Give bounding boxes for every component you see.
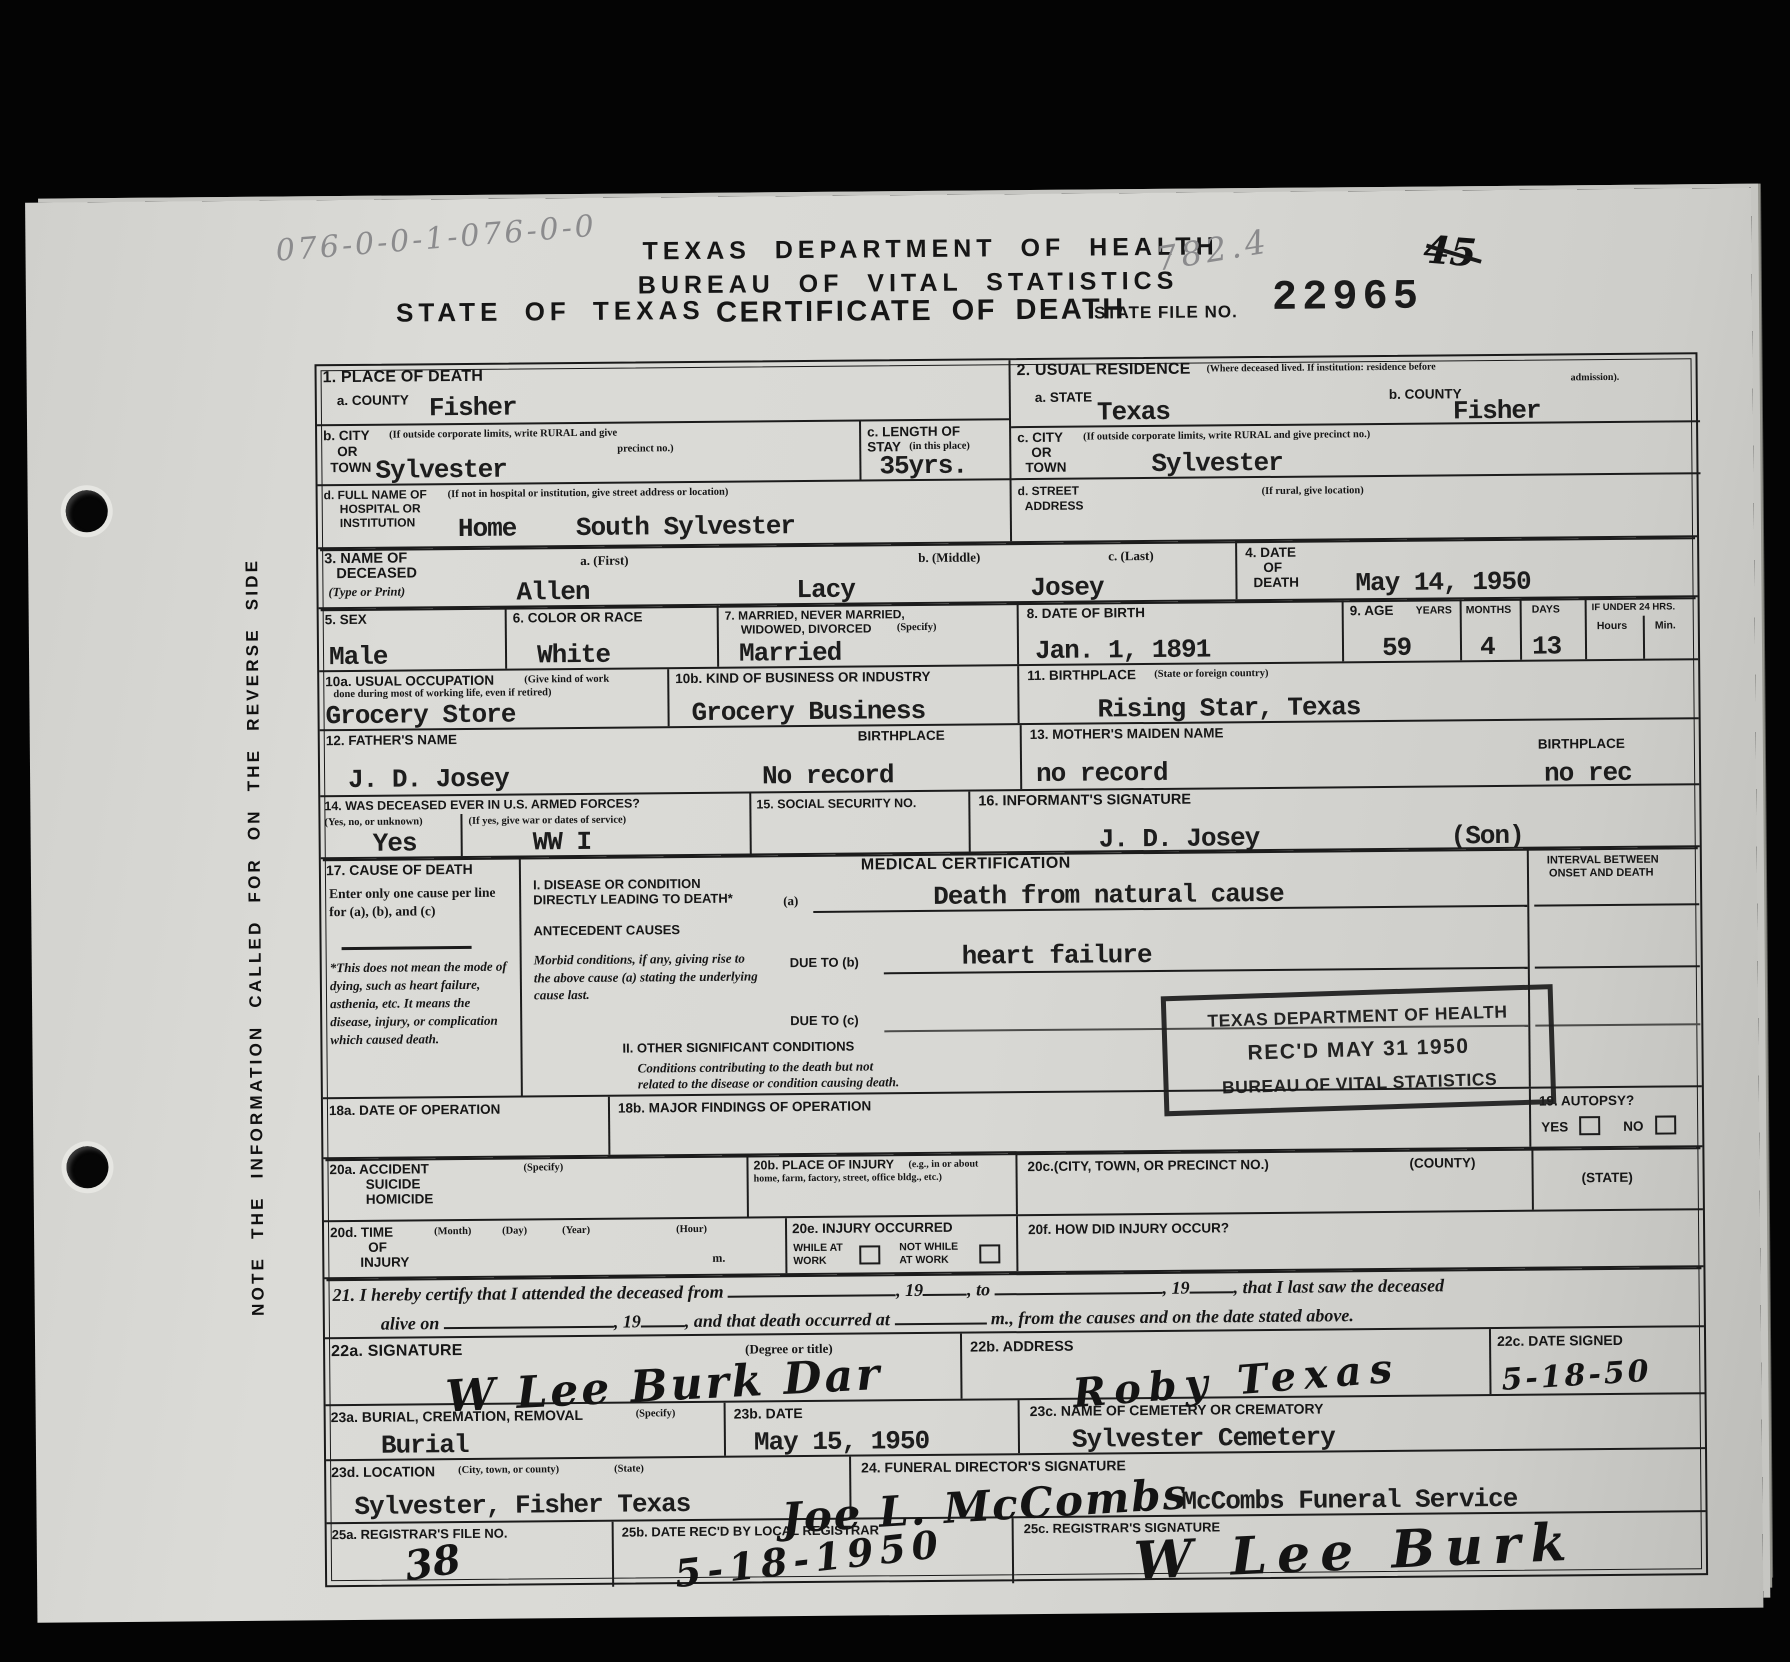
certify-blank4[interactable] xyxy=(1189,1274,1233,1293)
field-9-days-label: DAYS xyxy=(1532,603,1560,615)
field-12-bp-value: No record xyxy=(762,760,894,791)
field-3b-label: b. (Middle) xyxy=(918,549,980,566)
field-24-label: 24. FUNERAL DIRECTOR'S SIGNATURE xyxy=(861,1457,1126,1475)
field-7-label1: 7. MARRIED, NEVER MARRIED, xyxy=(725,607,905,623)
field-9-age-days: DAYS 13 xyxy=(1522,598,1588,660)
field-8-value: Jan. 1, 1891 xyxy=(1035,634,1210,666)
field-20d-label1: 20d. TIME xyxy=(330,1225,393,1241)
field-11-paren: (State or foreign country) xyxy=(1154,668,1268,680)
field-3c-value: Josey xyxy=(1030,572,1103,603)
field-11-label: 11. BIRTHPLACE xyxy=(1027,667,1136,683)
interval-rule-b xyxy=(1535,965,1700,968)
field-6-race: 6. COLOR OR RACE White xyxy=(507,606,720,669)
stamp-line3: BUREAU OF VITAL STATISTICS xyxy=(1222,1069,1498,1099)
field-18a-label: 18a. DATE OF OPERATION xyxy=(329,1102,500,1118)
field-1a-label: a. COUNTY xyxy=(337,392,409,408)
field-20b-place-of-injury: 20b. PLACE OF INJURY (e.g., in or about … xyxy=(748,1153,1018,1216)
field-3a-value: Allen xyxy=(516,577,589,608)
field-1c-value: 35yrs. xyxy=(879,451,967,482)
field-6-value: White xyxy=(537,640,610,671)
field-9-years-value: 59 xyxy=(1382,633,1411,663)
field-2d-street: d. STREET ADDRESS (If rural, give locati… xyxy=(1012,474,1702,541)
field-18b-label: 18b. MAJOR FINDINGS OF OPERATION xyxy=(618,1098,871,1115)
field-20c-label: 20c.(CITY, TOWN, OR PRECINCT NO.) xyxy=(1027,1157,1268,1174)
not-while-at-work-checkbox[interactable] xyxy=(979,1244,1000,1263)
field-16-label: 16. INFORMANT'S SIGNATURE xyxy=(978,792,1191,810)
field-22a-signature: 22a. SIGNATURE (Degree or title) W Lee B… xyxy=(325,1334,963,1405)
field-23d-state: (State) xyxy=(614,1463,644,1474)
certify-line1-text3: , to xyxy=(967,1279,990,1299)
field-2c-label-town: TOWN xyxy=(1025,460,1066,475)
field-2b-label: b. COUNTY xyxy=(1389,386,1462,402)
certificate-paper: NOTE THE INFORMATION CALLED FOR ON THE R… xyxy=(25,188,1763,1623)
stamp-line2: REC'D MAY 31 1950 xyxy=(1247,1035,1470,1066)
field-20d-m: m. xyxy=(712,1251,725,1266)
field-20e-while1: WHILE AT xyxy=(793,1242,843,1254)
field-10a-value: Grocery Store xyxy=(325,700,515,732)
certify-line2-text1: alive on xyxy=(381,1313,440,1334)
field-20d-day: (Day) xyxy=(502,1225,527,1236)
interval-label2: ONSET AND DEATH xyxy=(1549,867,1654,880)
field-23d-value: Sylvester, Fisher Texas xyxy=(354,1489,690,1522)
field-8-label: 8. DATE OF BIRTH xyxy=(1027,605,1145,621)
field-4-value: May 14, 1950 xyxy=(1355,567,1530,599)
interval-rule-a xyxy=(1534,903,1699,906)
field-3-title3: (Type or Print) xyxy=(328,584,405,600)
field-1bc: b. CITY OR TOWN (If outside corporate li… xyxy=(317,420,1009,486)
field-15-label: 15. SOCIAL SECURITY NO. xyxy=(756,796,916,811)
field-1b-paren: (If outside corporate limits, write RURA… xyxy=(389,428,617,441)
field-17-i-label2: DIRECTLY LEADING TO DEATH* xyxy=(533,891,733,908)
field-13-mother: 13. MOTHER'S MAIDEN NAME no record BIRTH… xyxy=(1022,719,1704,789)
field-1d-label1: d. FULL NAME OF xyxy=(324,487,427,502)
while-at-work-checkbox[interactable] xyxy=(859,1245,880,1264)
field-1c-label1: c. LENGTH OF xyxy=(867,424,960,440)
field-20c-county-label: (COUNTY) xyxy=(1409,1155,1475,1171)
field-9-age-months: MONTHS 4 xyxy=(1462,599,1523,661)
field-7-marital: 7. MARRIED, NEVER MARRIED, WIDOWED, DIVO… xyxy=(719,603,1020,667)
field-23b-value: May 15, 1950 xyxy=(754,1426,929,1458)
field-22b-label: 22b. ADDRESS xyxy=(970,1339,1074,1356)
field-13-bp-value: no rec xyxy=(1544,758,1632,789)
row-physician-signature: 22a. SIGNATURE (Degree or title) W Lee B… xyxy=(325,1327,1705,1406)
field-20d-month: (Month) xyxy=(434,1226,471,1237)
field-25a-label: 25a. REGISTRAR'S FILE NO. xyxy=(332,1526,508,1543)
field-9-years-label: YEARS xyxy=(1416,604,1452,616)
row-location-director: 23d. LOCATION (City, town, or county) (S… xyxy=(326,1449,1705,1524)
certificate-title: CERTIFICATE OF DEATH xyxy=(716,293,1126,330)
field-22c-date-signed: 22c. DATE SIGNED 5-18-50 xyxy=(1491,1327,1709,1394)
field-20a-paren: (Specify) xyxy=(523,1162,563,1173)
field-17-interval-col: INTERVAL BETWEEN ONSET AND DEATH xyxy=(1529,847,1706,1087)
field-4-label2: OF xyxy=(1263,560,1282,575)
field-20f-how: 20f. HOW DID INJURY OCCUR? xyxy=(1018,1210,1707,1271)
field-20a-label3: HOMICIDE xyxy=(366,1191,434,1207)
field-22a-label: 22a. SIGNATURE xyxy=(331,1342,463,1361)
field-20e-notwhile1: NOT WHILE xyxy=(899,1241,958,1254)
certify-blank2[interactable] xyxy=(923,1277,967,1296)
certify-line1-text2: , 19 xyxy=(896,1280,923,1300)
field-7-paren: (Specify) xyxy=(897,622,937,633)
certify-blank7[interactable] xyxy=(894,1305,986,1325)
certify-line2-text2: , 19 xyxy=(614,1311,641,1331)
field-1d-paren: (If not in hospital or institution, give… xyxy=(448,487,729,500)
field-2c-city: c. CITY OR TOWN (If outside corporate li… xyxy=(1011,422,1700,480)
dept-line1: TEXAS DEPARTMENT OF HEALTH xyxy=(642,232,1218,266)
field-10b-value: Grocery Business xyxy=(691,696,925,728)
field-17-ii-label: II. OTHER SIGNIFICANT CONDITIONS xyxy=(622,1039,854,1056)
field-20c-city-county-state: 20c.(CITY, TOWN, OR PRECINCT NO.) (COUNT… xyxy=(1017,1147,1707,1214)
field-2a-value: Texas xyxy=(1097,397,1170,428)
field-17-antecedent-label: ANTECEDENT CAUSES xyxy=(533,922,680,938)
date-signed-value: 5-18-50 xyxy=(1500,1354,1652,1398)
field-20d-label2: OF xyxy=(368,1240,387,1255)
field-1d-label3: INSTITUTION xyxy=(340,515,415,530)
field-7-value: Married xyxy=(739,638,841,669)
field-8-dob: 8. DATE OF BIRTH Jan. 1, 1891 xyxy=(1019,600,1345,664)
field-14-divider xyxy=(460,814,462,856)
field-2-title-paren1: (Where deceased lived. If institution: r… xyxy=(1207,361,1436,374)
field-14-paren1: (Yes, no, or unknown) xyxy=(324,816,422,828)
field-25c-registrar-signature: 25c. REGISTRAR'S SIGNATURE W Lee Burk xyxy=(1014,1512,1711,1583)
field-22c-label: 22c. DATE SIGNED xyxy=(1497,1332,1623,1349)
field-22b-address: 22b. ADDRESS Roby Texas xyxy=(962,1329,1492,1399)
field-20a-label1: 20a. ACCIDENT xyxy=(329,1161,428,1177)
received-stamp: TEXAS DEPARTMENT OF HEALTH REC'D MAY 31 … xyxy=(1161,984,1557,1116)
row-sex-age: 5. SEX Male 6. COLOR OR RACE White 7. MA… xyxy=(319,597,1698,672)
field-2-usual-residence: 2. USUAL RESIDENCE (Where deceased lived… xyxy=(1010,354,1701,541)
field-12-father: 12. FATHER'S NAME BIRTHPLACE J. D. Josey… xyxy=(320,725,1023,795)
field-2d-label1: d. STREET xyxy=(1018,484,1079,499)
field-3a-label: a. (First) xyxy=(580,553,629,569)
field-2c-label-or: OR xyxy=(1031,445,1051,460)
field-2b-value: Fisher xyxy=(1453,396,1541,427)
field-1b-label-town: TOWN xyxy=(330,460,371,475)
field-12-value: J. D. Josey xyxy=(348,764,509,795)
field-16-informant: 16. INFORMANT'S SIGNATURE J. D. Josey (S… xyxy=(970,785,1703,851)
field-1d-label2: HOSPITAL OR xyxy=(340,501,421,516)
field-13-value: no record xyxy=(1036,758,1168,789)
field-23b-label: 23b. DATE xyxy=(734,1405,803,1422)
field-1b-paren2: precinct no.) xyxy=(617,443,673,454)
field-10a-label: 10a. USUAL OCCUPATION xyxy=(325,673,494,689)
field-1b-value: Sylvester xyxy=(375,455,507,486)
stamp-line1: TEXAS DEPARTMENT OF HEALTH xyxy=(1207,1002,1508,1032)
field-14-armed-forces: 14. WAS DECEASED EVER IN U.S. ARMED FORC… xyxy=(320,793,752,857)
field-2d-paren: (If rural, give location) xyxy=(1262,485,1364,497)
field-1-place-of-death: 1. PLACE OF DEATH a. COUNTY Fisher b. CI… xyxy=(317,360,1013,547)
field-19-no-label: NO xyxy=(1623,1119,1643,1134)
field-11-birthplace: 11. BIRTHPLACE (State or foreign country… xyxy=(1019,660,1702,723)
field-1d-value1: Home xyxy=(458,514,517,545)
field-20d-year: (Year) xyxy=(562,1225,590,1236)
field-1b-city: b. CITY OR TOWN (If outside corporate li… xyxy=(317,422,861,485)
punch-hole-top xyxy=(66,490,108,532)
certify-blank3[interactable] xyxy=(994,1275,1162,1295)
field-9-months-label: MONTHS xyxy=(1466,604,1512,616)
field-9-label: 9. AGE xyxy=(1350,603,1394,618)
registrar-file-no-value: 38 xyxy=(402,1535,464,1590)
certificate-form: 1. PLACE OF DEATH a. COUNTY Fisher b. CI… xyxy=(314,352,1708,1587)
field-17-note2: *This does not mean the mode of dying, s… xyxy=(330,958,515,1049)
reverse-side-note: NOTE THE INFORMATION CALLED FOR ON THE R… xyxy=(242,558,269,1316)
field-17-note1: Enter only one cause per line for (a), (… xyxy=(329,884,511,921)
field-18a-date-of-operation: 18a. DATE OF OPERATION xyxy=(323,1097,610,1158)
row-injury-place: 20a. ACCIDENT SUICIDE HOMICIDE (Specify)… xyxy=(323,1147,1702,1222)
certify-line1-text1: 21. I hereby certify that I attended the… xyxy=(333,1282,724,1305)
field-2a-label: a. STATE xyxy=(1035,389,1092,404)
field-23d-label: 23d. LOCATION xyxy=(331,1463,435,1480)
field-16-value: J. D. Josey xyxy=(1099,823,1260,854)
field-1c-length-of-stay: c. LENGTH OF STAY (in this place) 35yrs. xyxy=(861,420,1010,479)
field-9-under-24: IF UNDER 24 HRS. Hours Min. xyxy=(1587,597,1703,659)
field-17-a-value: Death from natural cause xyxy=(933,879,1284,912)
certify-blank6[interactable] xyxy=(641,1308,685,1327)
field-5-sex: 5. SEX Male xyxy=(319,608,508,671)
state-file-no-label: STATE FILE NO. xyxy=(1094,302,1238,323)
field-21-certify: 21. I hereby certify that I attended the… xyxy=(324,1267,1707,1337)
field-25a-file-no: 25a. REGISTRAR'S FILE NO. 38 xyxy=(327,1522,615,1590)
field-3b-value: Lacy xyxy=(796,575,855,606)
field-17-b-tag: DUE TO (b) xyxy=(790,955,859,971)
autopsy-yes-checkbox[interactable] xyxy=(1579,1116,1600,1135)
field-1a-value: Fisher xyxy=(429,393,517,424)
field-2-title-paren2: admission). xyxy=(1571,372,1620,383)
certify-line1-text4: , 19 xyxy=(1162,1278,1189,1298)
field-2ab: 2. USUAL RESIDENCE (Where deceased lived… xyxy=(1010,354,1700,428)
field-24-funeral-director: 24. FUNERAL DIRECTOR'S SIGNATURE Joe L. … xyxy=(851,1449,1709,1517)
field-2-title: 2. USUAL RESIDENCE xyxy=(1017,361,1191,381)
field-4-label1: 4. DATE xyxy=(1245,545,1296,560)
field-20a-label2: SUICIDE xyxy=(366,1176,421,1191)
field-14-value1: Yes xyxy=(373,828,417,858)
field-12-bp-label: BIRTHPLACE xyxy=(858,728,945,744)
field-20e-label: 20e. INJURY OCCURRED xyxy=(792,1220,953,1236)
field-14-value2: WW I xyxy=(533,827,592,858)
field-17-sidebar: 17. CAUSE OF DEATH Enter only one cause … xyxy=(321,857,523,1097)
field-9-min-label: Min. xyxy=(1655,619,1676,631)
row-place-residence: 1. PLACE OF DEATH a. COUNTY Fisher b. CI… xyxy=(317,354,1698,549)
field-9-hours-label: Hours xyxy=(1597,620,1627,632)
field-20b-label: 20b. PLACE OF INJURY xyxy=(753,1157,894,1172)
field-2c-value: Sylvester xyxy=(1151,448,1283,479)
field-10a-paren2: done during most of working life, even i… xyxy=(333,687,551,700)
field-11-value: Rising Star, Texas xyxy=(1097,692,1360,724)
certify-line2-text3: , and that death occurred at xyxy=(685,1309,890,1331)
certify-line1-text5: , that I last saw the deceased xyxy=(1233,1275,1444,1297)
field-14-label: 14. WAS DECEASED EVER IN U.S. ARMED FORC… xyxy=(324,796,640,813)
field-9-days-value: 13 xyxy=(1532,631,1561,661)
field-10b-industry: 10b. KIND OF BUSINESS OR INDUSTRY Grocer… xyxy=(669,666,1019,726)
field-3c-label: c. (Last) xyxy=(1108,548,1154,564)
field-10a-occupation: 10a. USUAL OCCUPATION (Give kind of work… xyxy=(319,669,669,729)
field-9-under-label: IF UNDER 24 HRS. xyxy=(1592,601,1675,613)
field-5-label: 5. SEX xyxy=(325,612,367,627)
medical-certification-title: MEDICAL CERTIFICATION xyxy=(861,855,1071,875)
field-2d-label2: ADDRESS xyxy=(1025,499,1084,514)
field-14-paren2: (If yes, give war or dates of service) xyxy=(468,815,626,827)
field-9-months-value: 4 xyxy=(1480,632,1495,662)
field-20e-injury-occurred: 20e. INJURY OCCURRED WHILE AT WORK NOT W… xyxy=(787,1216,1018,1273)
field-6-label: 6. COLOR OR RACE xyxy=(513,609,643,625)
pen-number: 45 xyxy=(1422,226,1478,275)
field-2c-label: c. CITY xyxy=(1017,430,1063,445)
field-3-title2: DECEASED xyxy=(336,565,417,582)
field-5-value: Male xyxy=(329,642,388,673)
field-17-a-tag: (a) xyxy=(783,893,798,909)
certify-blank1[interactable] xyxy=(728,1277,896,1297)
field-17-note-rule xyxy=(342,946,472,950)
field-17-title: 17. CAUSE OF DEATH xyxy=(326,861,473,878)
field-1d-value2: South Sylvester xyxy=(576,511,795,543)
field-4-date-of-death: 4. DATE OF DEATH May 14, 1950 xyxy=(1237,537,1701,599)
field-20d-time-of-injury: 20d. TIME OF INJURY (Month) (Day) (Year)… xyxy=(324,1218,787,1277)
field-19-yes-label: YES xyxy=(1541,1119,1568,1134)
field-4-label3: DEATH xyxy=(1253,575,1299,590)
certify-blank5[interactable] xyxy=(444,1309,614,1329)
field-1a-county: 1. PLACE OF DEATH a. COUNTY Fisher xyxy=(317,360,1009,426)
field-1b-label: b. CITY xyxy=(323,428,370,443)
field-20c-divider xyxy=(1531,1149,1534,1210)
field-1d-institution: d. FULL NAME OF HOSPITAL OR INSTITUTION … xyxy=(318,480,1011,547)
field-20d-hour: (Hour) xyxy=(676,1224,707,1235)
field-12-label: 12. FATHER'S NAME xyxy=(326,732,457,748)
field-23b-date: 23b. DATE May 15, 1950 xyxy=(726,1400,1020,1456)
punch-hole-bottom xyxy=(66,1146,108,1188)
interval-rule-c xyxy=(1535,1023,1700,1026)
field-19-autopsy: 19. AUTOPSY? YES NO xyxy=(1531,1087,1706,1147)
state-of-texas: STATE OF TEXAS xyxy=(396,295,705,329)
pencil-class-number: 782.4 xyxy=(1153,221,1272,278)
field-3-name: 3. NAME OF DECEASED (Type or Print) a. (… xyxy=(318,541,1237,607)
field-24-firm-value: McCombs Funeral Service xyxy=(1181,1484,1517,1517)
field-23c-value: Sylvester Cemetery xyxy=(1072,1422,1335,1454)
field-17-ii-note2: related to the disease or condition caus… xyxy=(638,1074,900,1092)
field-1-title: 1. PLACE OF DEATH xyxy=(323,368,484,387)
field-20e-while2: WORK xyxy=(793,1255,826,1267)
field-23a-value: Burial xyxy=(381,1430,469,1461)
field-20a-accident: 20a. ACCIDENT SUICIDE HOMICIDE (Specify) xyxy=(323,1156,749,1221)
field-17-antecedent-note: Morbid conditions, if any, giving rise t… xyxy=(534,949,762,1004)
field-1b-label-or: OR xyxy=(337,444,357,459)
field-16-relation: (Son) xyxy=(1451,821,1524,852)
certify-line2-text4: m., from the causes and on the date stat… xyxy=(991,1305,1354,1328)
autopsy-no-checkbox[interactable] xyxy=(1655,1115,1676,1134)
row-parents: 12. FATHER'S NAME BIRTHPLACE J. D. Josey… xyxy=(320,719,1700,797)
field-7-label2: WIDOWED, DIVORCED xyxy=(741,621,872,636)
field-20d-label3: INJURY xyxy=(360,1254,409,1269)
field-17-i-label1: I. DISEASE OR CONDITION xyxy=(533,876,701,892)
field-9-hours-min-divider xyxy=(1643,616,1645,659)
field-17-c-tag: DUE TO (c) xyxy=(790,1013,859,1029)
field-20c-state-label: (STATE) xyxy=(1582,1170,1633,1185)
field-20b-paren2: home, farm, factory, street, office bldg… xyxy=(754,1172,942,1185)
interval-label1: INTERVAL BETWEEN xyxy=(1547,854,1659,867)
pencil-code: 076-0-0-1-076-0-0 xyxy=(275,209,599,269)
field-20e-notwhile2: AT WORK xyxy=(899,1254,948,1266)
field-17-b-value: heart failure xyxy=(962,940,1152,972)
field-23d-paren: (City, town, or county) xyxy=(458,1464,559,1476)
field-23d-location: 23d. LOCATION (City, town, or county) (S… xyxy=(326,1457,852,1523)
field-9-age-years: 9. AGE YEARS 59 xyxy=(1344,599,1463,661)
field-10b-label: 10b. KIND OF BUSINESS OR INDUSTRY xyxy=(675,669,930,686)
scanned-death-certificate: { "scan": { "margin_note": "NOTE THE INF… xyxy=(0,0,1790,1662)
field-15-ssn: 15. SOCIAL SECURITY NO. xyxy=(751,792,971,854)
field-13-bp-label: BIRTHPLACE xyxy=(1538,736,1625,752)
field-2c-paren: (If outside corporate limits, write RURA… xyxy=(1083,429,1370,443)
field-20b-paren1: (e.g., in or about xyxy=(908,1159,978,1171)
state-file-no-value: 22965 xyxy=(1272,273,1423,322)
field-13-label: 13. MOTHER'S MAIDEN NAME xyxy=(1030,725,1224,742)
field-10a-paren1: (Give kind of work xyxy=(524,674,609,686)
field-20f-label: 20f. HOW DID INJURY OCCUR? xyxy=(1028,1220,1229,1237)
